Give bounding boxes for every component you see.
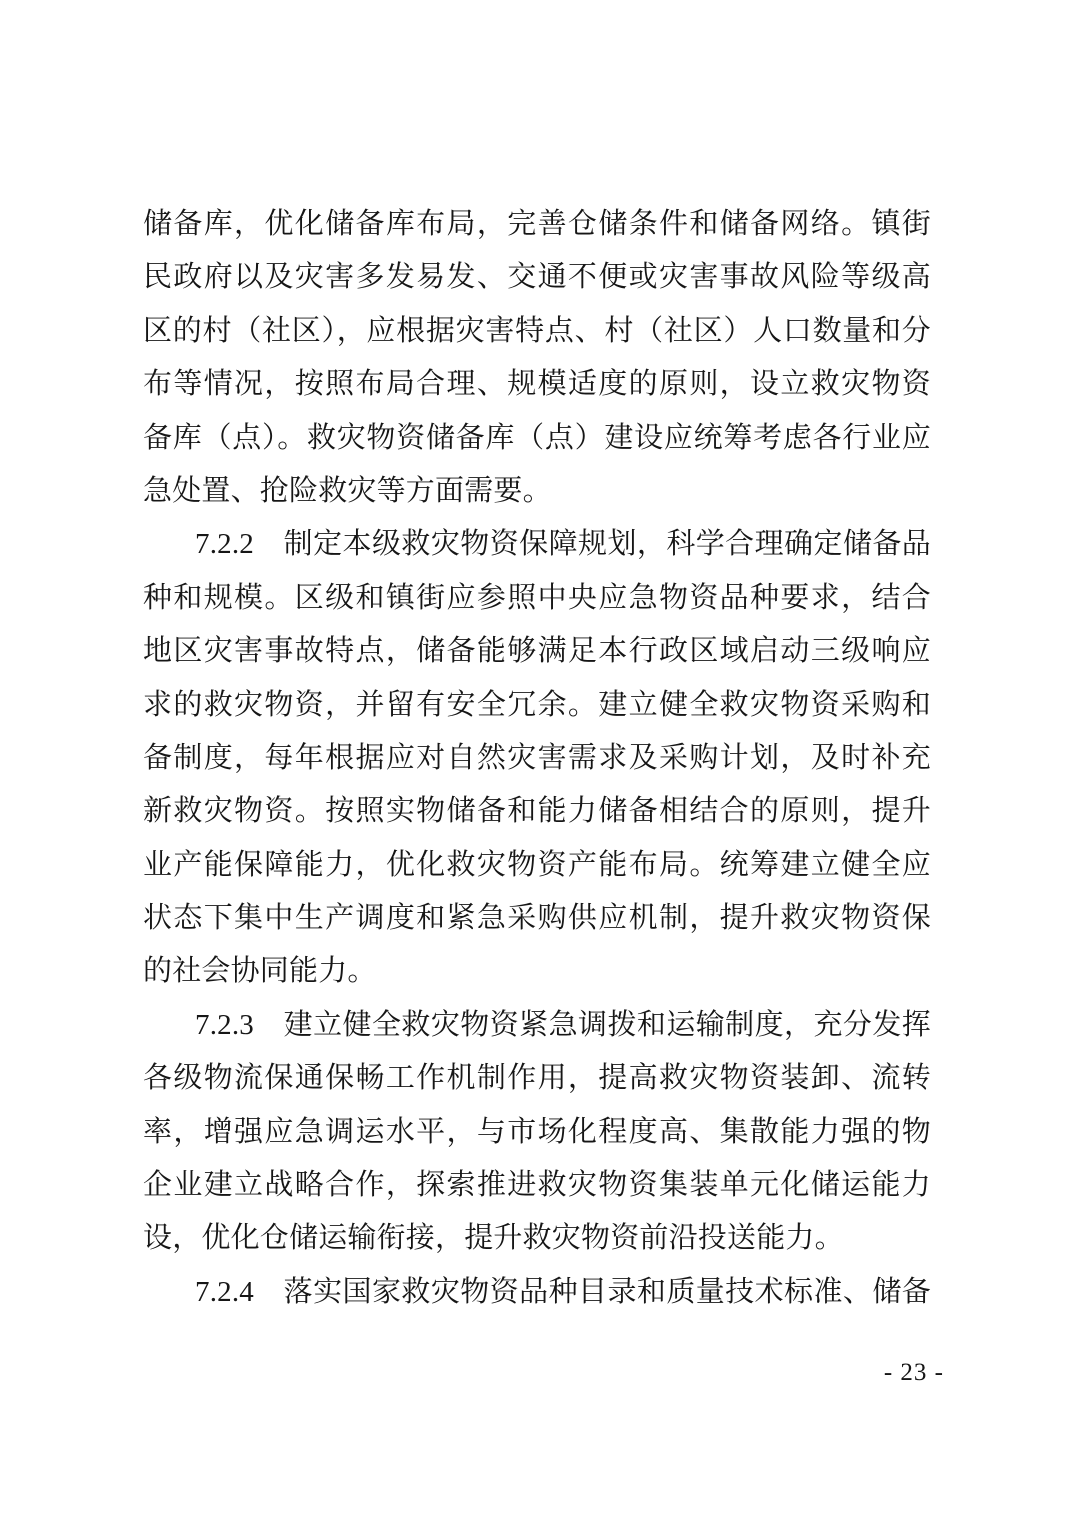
text-line: 急处置、抢险救灾等方面需要。 — [143, 465, 931, 518]
page-number: - 23 - — [884, 1358, 944, 1388]
text-line: 7.2.2 制定本级救灾物资保障规划，科学合理确定储备品 — [143, 518, 931, 571]
text-line: 的社会协同能力。 — [143, 945, 931, 998]
text-line: 设，优化仓储运输衔接，提升救灾物资前沿投送能力。 — [143, 1212, 931, 1265]
text-line: 业产能保障能力，优化救灾物资产能布局。统筹建立健全应急 — [143, 839, 931, 892]
text-line: 民政府以及灾害多发易发、交通不便或灾害事故风险等级高地 — [143, 251, 931, 304]
text-line: 布等情况，按照布局合理、规模适度的原则，设立救灾物资储 — [143, 358, 931, 411]
paragraph-7.2.3: 7.2.3 建立健全救灾物资紧急调拨和运输制度，充分发挥各级物流保通保畅工作机制… — [143, 999, 931, 1266]
text-line: 各级物流保通保畅工作机制作用，提高救灾物资装卸、流转效 — [143, 1052, 931, 1105]
text-line: 地区灾害事故特点，储备能够满足本行政区域启动三级响应需 — [143, 625, 931, 678]
text-line: 新救灾物资。按照实物储备和能力储备相结合的原则，提升企 — [143, 785, 931, 838]
document-page: 储备库，优化储备库布局，完善仓储条件和储备网络。镇街人民政府以及灾害多发易发、交… — [0, 0, 1074, 1520]
paragraph-7.2.4: 7.2.4 落实国家救灾物资品种目录和质量技术标准、储备 — [143, 1266, 931, 1319]
text-line: 备制度，每年根据应对自然灾害需求及采购计划，及时补充更 — [143, 732, 931, 785]
text-line: 率，增强应急调运水平，与市场化程度高、集散能力强的物流 — [143, 1106, 931, 1159]
text-line: 7.2.4 落实国家救灾物资品种目录和质量技术标准、储备 — [143, 1266, 931, 1319]
text-line: 种和规模。区级和镇街应参照中央应急物资品种要求，结合本 — [143, 572, 931, 625]
text-line: 求的救灾物资，并留有安全冗余。建立健全救灾物资采购和储 — [143, 679, 931, 732]
document-body: 储备库，优化储备库布局，完善仓储条件和储备网络。镇街人民政府以及灾害多发易发、交… — [143, 198, 931, 1319]
text-line: 状态下集中生产调度和紧急采购供应机制，提升救灾物资保障 — [143, 892, 931, 945]
text-line: 区的村（社区），应根据灾害特点、村（社区）人口数量和分 — [143, 305, 931, 358]
text-line: 企业建立战略合作，探索推进救灾物资集装单元化储运能力建 — [143, 1159, 931, 1212]
text-line: 7.2.3 建立健全救灾物资紧急调拨和运输制度，充分发挥 — [143, 999, 931, 1052]
text-line: 储备库，优化储备库布局，完善仓储条件和储备网络。镇街人 — [143, 198, 931, 251]
paragraph-7.2.2: 7.2.2 制定本级救灾物资保障规划，科学合理确定储备品种和规模。区级和镇街应参… — [143, 518, 931, 999]
paragraph-continuation: 储备库，优化储备库布局，完善仓储条件和储备网络。镇街人民政府以及灾害多发易发、交… — [143, 198, 931, 518]
text-line: 备库（点）。救灾物资储备库（点）建设应统筹考虑各行业应 — [143, 412, 931, 465]
